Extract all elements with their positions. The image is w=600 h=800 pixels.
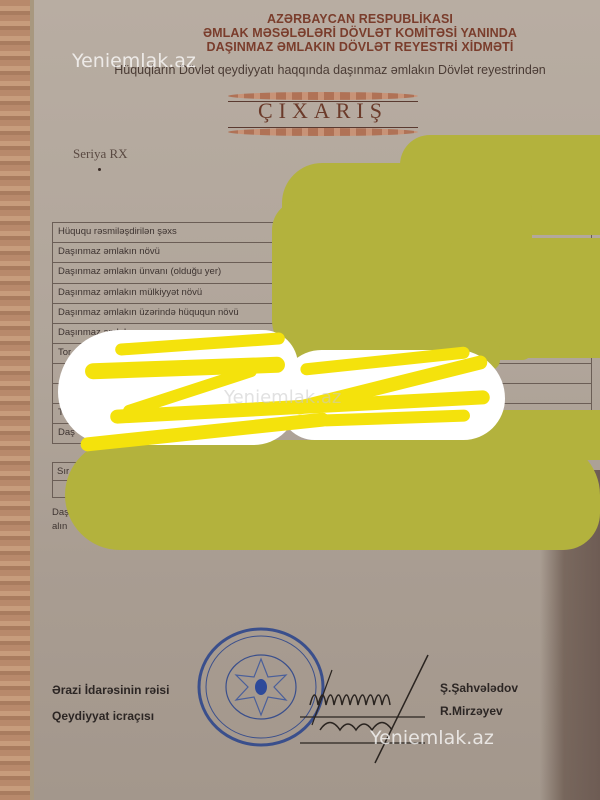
signature-role-2: Qeydiyyat icraçısı <box>52 709 154 723</box>
signature-name-2: R.Mirzəyev <box>440 704 503 718</box>
document-title: ÇIXARIŞ <box>228 98 418 124</box>
header-line-2: ƏMLAK MƏSƏLƏLƏRİ DÖVLƏT KOMİTƏSİ YANINDA <box>150 26 570 40</box>
signature-name-1: Ş.Şahvələdov <box>440 681 518 695</box>
ornament-bottom <box>228 128 418 136</box>
watermark-top: Yeniemlak.az <box>72 50 196 72</box>
ink-dot <box>98 168 101 171</box>
signature-role-1: Ərazi İdarəsinin rəisi <box>52 683 169 697</box>
series-label: Seriya RX <box>73 146 128 162</box>
header-line-3: DAŞINMAZ ƏMLAKIN DÖVLƏT REYESTRİ XİDMƏTİ <box>150 40 570 54</box>
document-title-block: ÇIXARIŞ <box>228 88 418 134</box>
watermark-middle: Yeniemlak.az <box>224 387 341 408</box>
decorative-border <box>0 0 30 800</box>
header-line-1: AZƏRBAYCAN RESPUBLİKASI <box>150 12 570 26</box>
watermark-bottom: Yeniemlak.az <box>370 727 494 749</box>
